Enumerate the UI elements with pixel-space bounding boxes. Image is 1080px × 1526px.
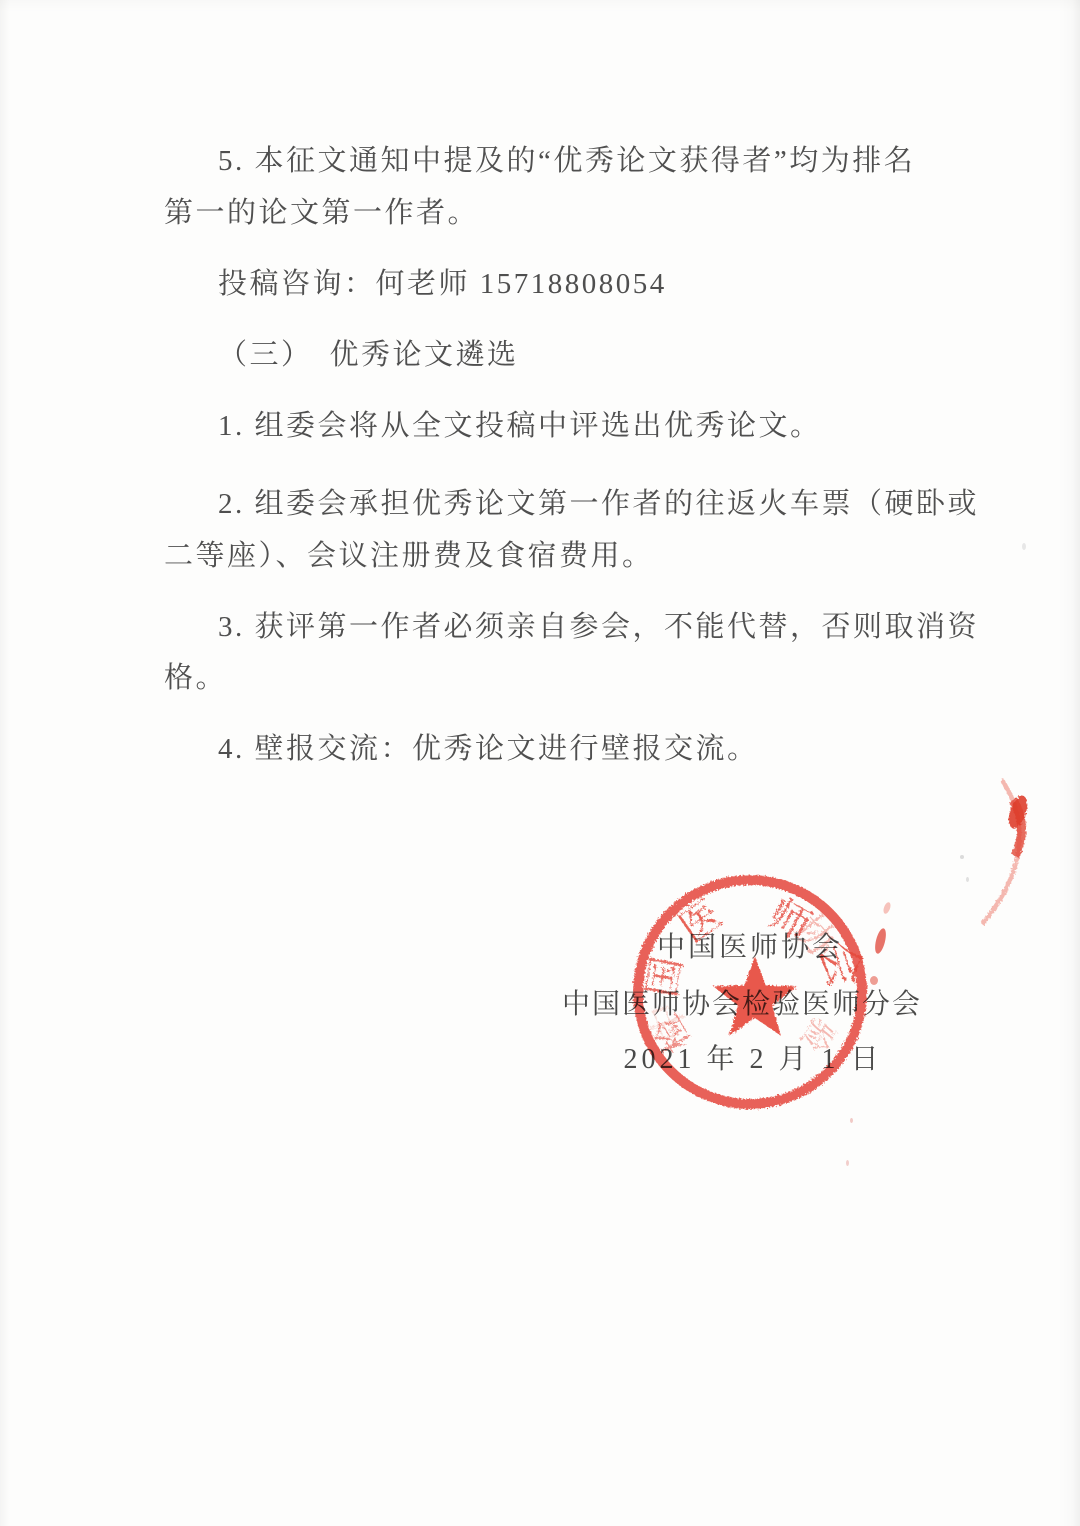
- stain-dot: [846, 1160, 849, 1166]
- stain-dot: [850, 1118, 853, 1123]
- signature-date: 2021 年 2 月 1 日: [623, 1044, 882, 1076]
- signature-org-1: 中国医师协会: [657, 932, 843, 964]
- ink-smear: [873, 927, 888, 954]
- signature-org-2: 中国医师协会检验医师分会: [562, 989, 922, 1021]
- body-line: 3. 获评第一作者必须亲自参会，不能代替，否则取消资: [218, 611, 979, 643]
- body-line: 格。: [164, 662, 227, 694]
- section-heading: （三） 优秀论文遴选: [218, 339, 519, 371]
- partial-stamp-mark: [920, 750, 1080, 960]
- ink-smear: [882, 901, 892, 914]
- body-line: 二等座）、会议注册费及食宿费用。: [164, 540, 654, 572]
- stamp-blob: [1005, 793, 1031, 830]
- body-line: 第一的论文第一作者。: [164, 197, 479, 229]
- body-line: 5. 本征文通知中提及的“优秀论文获得者”均为排名: [218, 145, 915, 177]
- body-line: 1. 组委会将从全文投稿中评选出优秀论文。: [218, 410, 822, 442]
- ink-smear: [870, 976, 878, 985]
- body-line: 4. 壁报交流：优秀论文进行壁报交流。: [218, 733, 759, 765]
- body-line: 2. 组委会承担优秀论文第一作者的往返火车票（硬卧或: [218, 488, 979, 520]
- document-page: 5. 本征文通知中提及的“优秀论文获得者”均为排名 第一的论文第一作者。 投稿咨…: [0, 0, 1080, 1526]
- body-line: 投稿咨询：何老师 15718808054: [218, 268, 667, 300]
- stain-dot: [1022, 543, 1026, 550]
